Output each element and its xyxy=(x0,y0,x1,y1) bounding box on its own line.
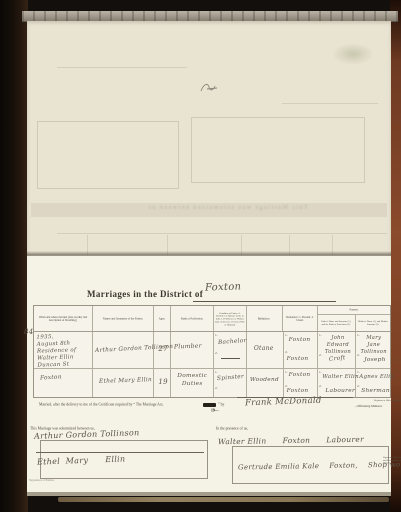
mirrored-show-through-text: This Marriage was solemnized between us xyxy=(147,205,308,211)
groom-residence-present: Foxton xyxy=(289,337,311,343)
show-through-box xyxy=(37,121,179,189)
col-header-when-where: When and where married (also locality an… xyxy=(38,315,88,322)
bride-name: Ethel Mary Ellin xyxy=(99,377,152,385)
bride-age: 19 xyxy=(158,378,168,386)
show-through-line xyxy=(57,67,187,68)
verso-page: This Marriage was solemnized between us xyxy=(27,21,391,256)
col-header-parents: Parents. xyxy=(350,308,359,311)
show-through-box xyxy=(191,117,365,183)
col-header-condition: Condition of Parties: 1. Bachelor or Spi… xyxy=(214,312,244,326)
certificate-statement-suffix: ” by xyxy=(218,402,224,407)
witness-side-note: Signature, Place of Abode, and Descripti… xyxy=(383,456,401,464)
groom-condition: Bachelor xyxy=(218,338,247,346)
col-header-mother: Mother's Name (1), and Maiden Surname (2… xyxy=(358,320,388,326)
table-header-row: When and where married (also locality an… xyxy=(34,306,390,332)
district-underline xyxy=(193,287,336,302)
page-title: Marriages in the District of xyxy=(87,289,203,299)
table-row-bride: Foxton Ethel Mary Ellin 19 Domestic Duti… xyxy=(34,369,390,397)
col-header-father: Father's Name and Surname (1), and the R… xyxy=(320,320,353,326)
ink-mark xyxy=(199,81,221,95)
officiating-minister-label: , Officiating Minister. xyxy=(355,404,382,408)
groom-father-rank: Croft xyxy=(329,355,346,363)
bride-father-rank: Labourer xyxy=(325,388,355,394)
table-row-groom: 1935, August 8th Residence of Walter Ell… xyxy=(34,332,390,369)
col-header-ages: Ages. xyxy=(155,317,169,320)
blank-dash xyxy=(221,358,240,359)
bride-residence-present: Foxton xyxy=(289,372,311,378)
groom-signature-line xyxy=(36,452,204,453)
bride-condition: Spinster xyxy=(217,374,245,382)
col-header-rank: Rank or Profession. xyxy=(174,317,209,320)
marker-2: 2. xyxy=(319,384,322,388)
marker-2: 2. xyxy=(215,351,218,355)
groom-birthplace: Otane xyxy=(254,345,274,352)
groom-residence-usual: Foxton xyxy=(287,356,309,362)
witness1-signature: Walter Ellin Foxton Labourer xyxy=(218,435,364,447)
minister-signature-line xyxy=(237,397,353,398)
parties-footnote: Signatures of Parties. xyxy=(29,478,55,482)
groom-rank: Plumber xyxy=(174,343,202,351)
show-through-line xyxy=(282,103,378,104)
groom-father-name: John Edward Tollinson xyxy=(321,335,354,355)
certificate-statement: Married, after the delivery to me of the… xyxy=(39,402,163,407)
marker-1: 1. xyxy=(285,370,288,374)
bride-residence-usual: Foxton xyxy=(287,388,309,394)
col-header-birthplace: Birthplace. xyxy=(249,317,279,320)
when-where-entry-cont: Foxton xyxy=(40,374,62,381)
show-through-line xyxy=(57,233,387,234)
presence-label: In the presence of us, xyxy=(216,426,248,431)
marker-2: 2. xyxy=(215,386,218,390)
bride-mother-maiden: Sherman xyxy=(361,388,390,394)
marriage-register-page: Marriages in the District of Foxton 84 W… xyxy=(27,256,391,492)
groom-mother-maiden: Joseph xyxy=(364,357,385,363)
groom-mother-name: Mary Jane Tollinson xyxy=(359,335,388,355)
minister-side-note: Registrar or Officiating Minister. xyxy=(374,399,401,402)
bride-birthplace: Woodend xyxy=(250,377,279,383)
register-book-scan: This Marriage was solemnized between us … xyxy=(0,0,401,512)
bride-mother-name: Agnes Ellin xyxy=(359,374,394,380)
bride-rank: Domestic Duties xyxy=(175,373,209,388)
book-spine-left xyxy=(0,0,28,512)
col-header-residence: Residence: 1. Present. 2. Usual. xyxy=(286,315,315,322)
pages-stack-edge xyxy=(58,497,389,502)
stain-smudge xyxy=(332,43,374,65)
marker-1: 1. xyxy=(215,333,218,337)
marker-1: 1. xyxy=(285,333,288,337)
marker-2: 2. xyxy=(357,353,360,357)
marker-2: 2. xyxy=(357,384,360,388)
marker-1: 1. xyxy=(215,370,218,374)
marriage-register-table: When and where married (also locality an… xyxy=(33,305,391,398)
groom-age: 27 xyxy=(158,345,168,353)
struck-out-year-smudge xyxy=(203,403,216,407)
marker-2: 2. xyxy=(285,350,288,354)
page-bottom-edge xyxy=(27,492,391,496)
stamped-year: 19— xyxy=(211,408,219,413)
col-header-names: Names and Surnames of the Parties. xyxy=(97,317,149,320)
when-where-entry: 1935, August 8th Residence of Walter Ell… xyxy=(36,333,77,369)
book-page-edges-right xyxy=(390,0,401,512)
bride-father-name: Walter Ellin xyxy=(322,374,359,380)
